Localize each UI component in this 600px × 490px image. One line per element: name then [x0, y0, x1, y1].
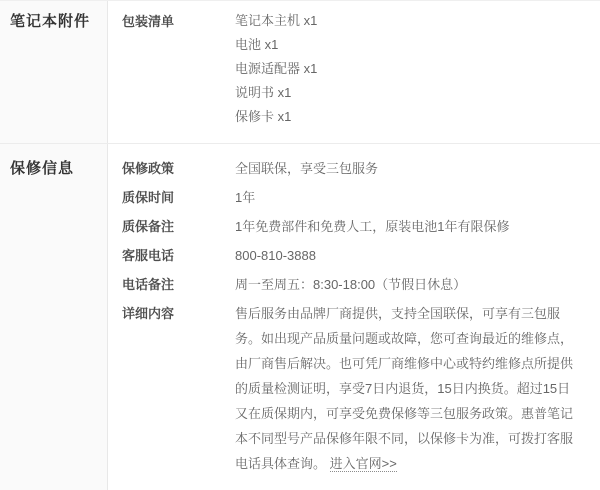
spec-row-phone-note: 电话备注 周一至周五：8:30-18:00（节假日休息）	[122, 268, 578, 297]
package-list: 笔记本主机 x1 电池 x1 电源适配器 x1 说明书 x1 保修卡 x1	[235, 9, 578, 129]
product-spec-panel: 笔记本附件 包装清单 笔记本主机 x1 电池 x1 电源适配器 x1 说明书 x…	[0, 0, 600, 490]
section-header-cell: 保修信息	[0, 144, 108, 490]
section-header-cell: 笔记本附件	[0, 1, 108, 143]
spec-row-service-phone: 客服电话 800-810-3888	[122, 239, 578, 268]
spec-label-service-phone: 客服电话	[122, 239, 235, 268]
package-list-item: 保修卡 x1	[235, 105, 578, 129]
spec-value-detail-content: 售后服务由品牌厂商提供，支持全国联保，可享有三包服务。如出现产品质量问题或故障，…	[235, 297, 578, 476]
spec-label-phone-note: 电话备注	[122, 268, 235, 297]
spec-label-detail-content: 详细内容	[122, 297, 235, 326]
spec-value-package-list: 笔记本主机 x1 电池 x1 电源适配器 x1 说明书 x1 保修卡 x1	[235, 5, 578, 129]
package-list-item: 笔记本主机 x1	[235, 9, 578, 33]
spec-label-warranty-note: 质保备注	[122, 210, 235, 239]
spec-row-warranty-note: 质保备注 1年免费部件和免费人工，原装电池1年有限保修	[122, 210, 578, 239]
spec-label-warranty-period: 质保时间	[122, 181, 235, 210]
spec-value-phone-note: 周一至周五：8:30-18:00（节假日休息）	[235, 268, 578, 297]
spec-row-package-list: 包装清单 笔记本主机 x1 电池 x1 电源适配器 x1 说明书 x1 保修卡 …	[122, 5, 578, 129]
package-list-item: 电源适配器 x1	[235, 57, 578, 81]
official-site-link[interactable]: 进入官网>>	[330, 456, 397, 472]
spec-value-warranty-period: 1年	[235, 181, 578, 210]
section-notebook-accessories: 笔记本附件 包装清单 笔记本主机 x1 电池 x1 电源适配器 x1 说明书 x…	[0, 1, 600, 144]
section-title-notebook-accessories: 笔记本附件	[10, 10, 101, 31]
package-list-item: 电池 x1	[235, 33, 578, 57]
spec-row-warranty-policy: 保修政策 全国联保，享受三包服务	[122, 152, 578, 181]
spec-label-warranty-policy: 保修政策	[122, 152, 235, 181]
package-list-item: 说明书 x1	[235, 81, 578, 105]
spec-row-warranty-period: 质保时间 1年	[122, 181, 578, 210]
spec-label-package-list: 包装清单	[122, 5, 235, 34]
section-body: 包装清单 笔记本主机 x1 电池 x1 电源适配器 x1 说明书 x1 保修卡 …	[108, 1, 600, 143]
spec-value-warranty-note: 1年免费部件和免费人工，原装电池1年有限保修	[235, 210, 578, 239]
spec-value-warranty-policy: 全国联保，享受三包服务	[235, 152, 578, 181]
spec-value-service-phone: 800-810-3888	[235, 239, 578, 268]
section-title-warranty-info: 保修信息	[10, 157, 101, 178]
after-sales-detail-text: 售后服务由品牌厂商提供，支持全国联保，可享有三包服务。如出现产品质量问题或故障，…	[235, 306, 573, 471]
spec-row-detail-content: 详细内容 售后服务由品牌厂商提供，支持全国联保，可享有三包服务。如出现产品质量问…	[122, 297, 578, 476]
section-body: 保修政策 全国联保，享受三包服务 质保时间 1年 质保备注 1年免费部件和免费人…	[108, 144, 600, 490]
section-warranty-info: 保修信息 保修政策 全国联保，享受三包服务 质保时间 1年 质保备注 1年免费部…	[0, 144, 600, 490]
